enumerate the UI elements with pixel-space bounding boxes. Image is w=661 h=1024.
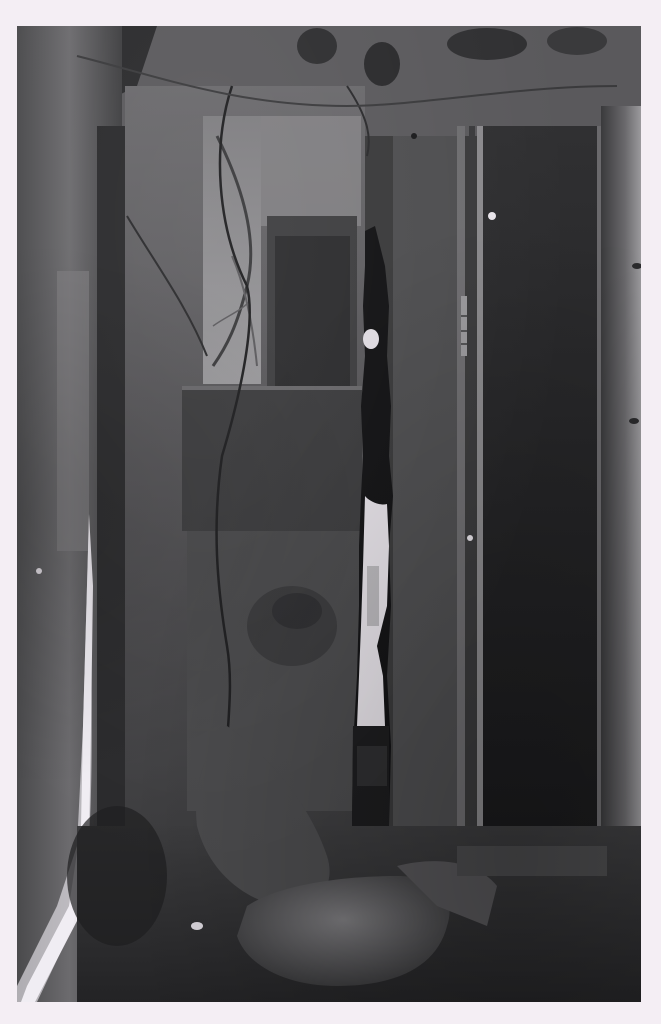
wall-scene: [17, 26, 641, 1002]
archival-photo: [17, 26, 641, 1002]
